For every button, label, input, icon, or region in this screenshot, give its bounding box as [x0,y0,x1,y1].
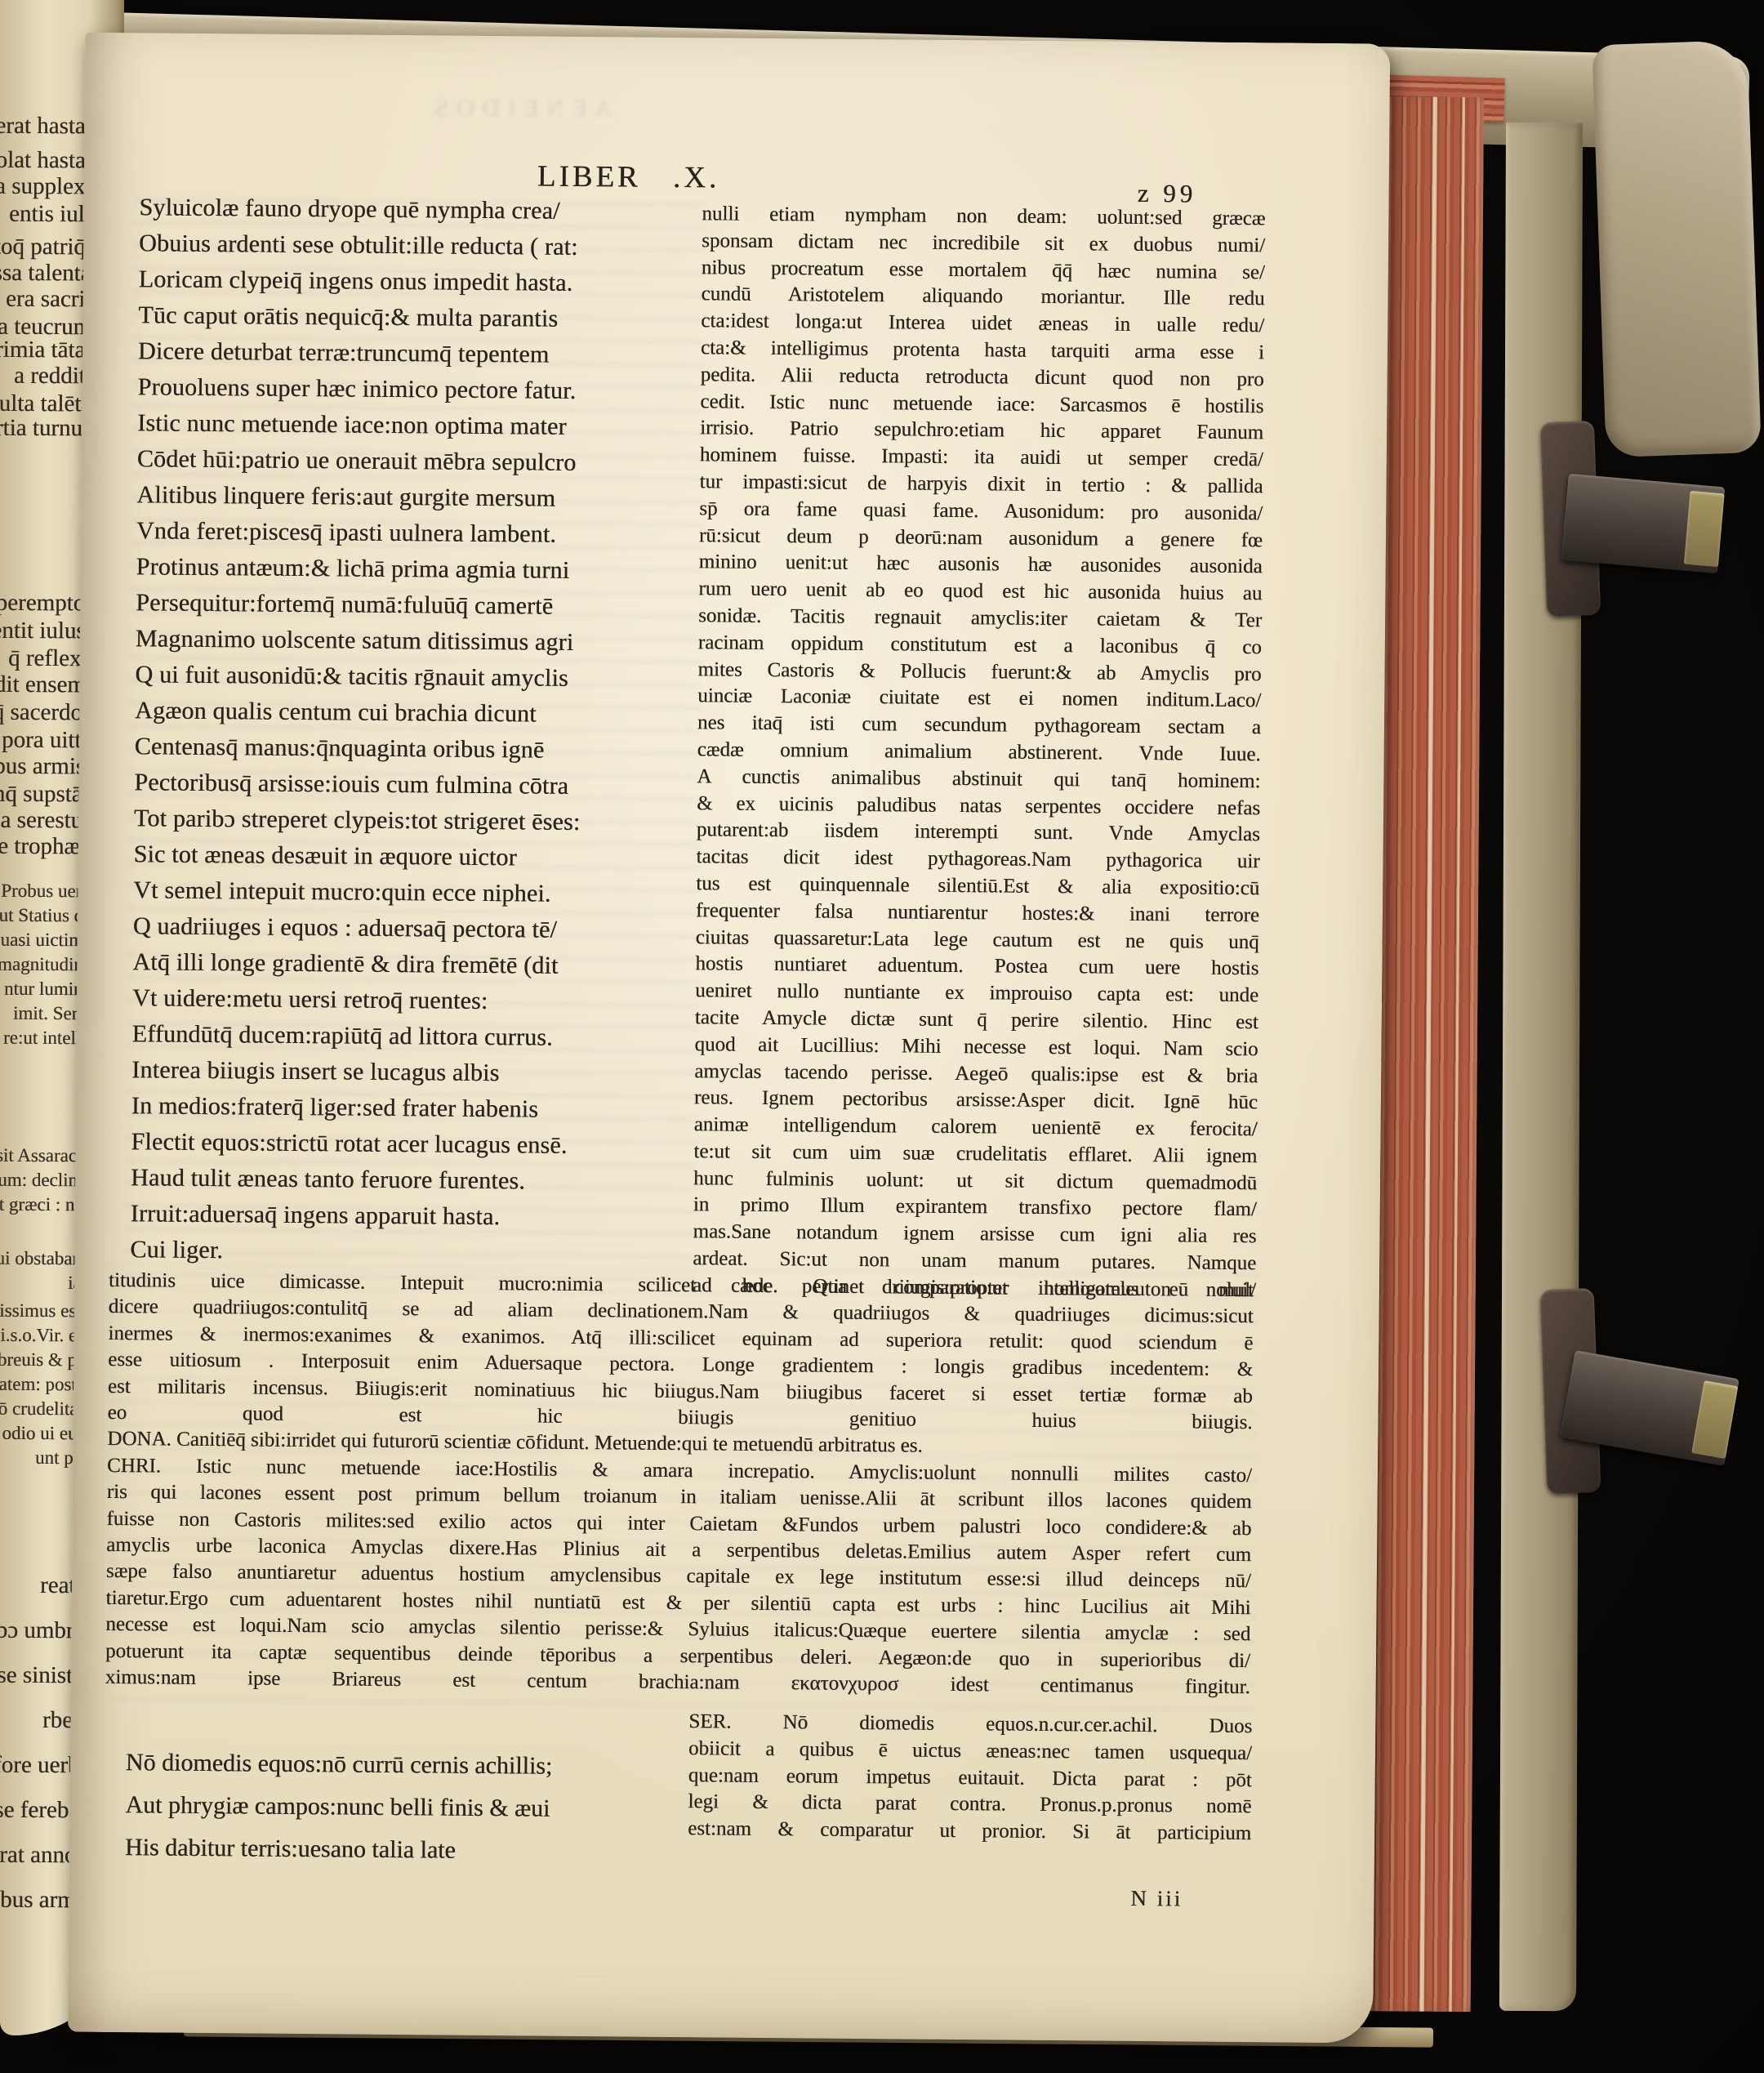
book-page: AENEIDOS LIBER .X. z 99 Syluicolæ fauno … [68,33,1390,2044]
showthrough-running-title: AENEIDOS [428,93,613,123]
margin-text-fragment: ertia turnus [0,415,91,443]
margin-text-fragment: tēderat hasta. [0,113,91,140]
commentary-line: quod ait Lucillius: Mihi necesse est loq… [694,1032,1258,1063]
poem-line: Dicere deturbat terræ:truncumq̄ tepentem [138,333,710,374]
margin-text-fragment: upuolat hasta. [0,147,91,175]
margin-text-fragment: c sentit iulus. [0,617,91,645]
poem-line: Tūc caput orātis nequicq̄:& multa parant… [138,297,710,338]
poem-line: Q ui fuit ausonidū:& tacitis rḡnauit amy… [135,657,706,698]
poem-column: Syluicolæ fauno dryope quē nympha crea/O… [130,189,710,1273]
poem-line: Loricam clypeiq̄ ingens onus impedit has… [139,261,710,302]
poem-line: Cōdet hūi:patrio ue onerauit mēbra sepul… [137,441,709,482]
poem-line: Cui liger. [130,1232,702,1273]
quire-signature: N iii [1130,1886,1183,1912]
commentary-line: sponsam dictam nec incredibile sit ex du… [702,228,1265,260]
poem-line: In medios:fraterq̄ liger:sed frater habe… [131,1088,703,1129]
poem-line: Pectoribusq̄ arsisse:iouis cum fulmina c… [134,765,706,805]
poem-line: Alitibus linquere feris:aut gurgite mers… [136,477,708,518]
book-clasp-lower [1534,1259,1749,1521]
commentary-line: obiicit a quibus ē uictus æneas:nec tame… [688,1736,1252,1768]
poem-line: Haud tulit æneas tanto feruore furentes. [131,1160,702,1201]
full-width-commentary: titudinis uice dimicasse. Intepuit mucro… [105,1268,1254,1701]
margin-text-fragment: abdidit ensem. [0,671,91,699]
margin-text-fragment: pora uitta [2,727,91,755]
poem-line: Syluicolæ fauno dryope quē nympha crea/ [139,189,710,230]
poem-line: Vt semel intepuit mucro:quin ecce niphei… [133,872,705,913]
poem-line: Protinus antæum:& lichā prima agmia turn… [136,549,707,590]
commentary-line: pedita. Alii reducta retroducta dicunt q… [701,362,1264,394]
poem-line: Irruit:aduersaq̄ ingens apparuit hasta. [131,1196,702,1237]
poem-line: His dabitur terris:uesano talia late [125,1826,697,1874]
poem-line: Tot paribɔ streperet clypeis:tot striger… [134,800,706,841]
poem-line: Centenasq̄ manus:q̄nquaginta oribus ignē [135,729,706,769]
chri-paragraph: CHRI. Istic nunc metuende iace:Hostilis … [105,1453,1252,1701]
book-clasp-upper [1534,382,1738,627]
margin-text-fragment: a reddit. [14,363,91,390]
poem-line: Obuius ardenti sese obtulit:ille reducta… [139,225,710,266]
poem-line: Effundūtq̄ ducem:rapiūtq̄ ad littora cur… [131,1016,703,1057]
poem-line: Vnda feret:piscesq̄ ipasti uulnera lambe… [136,513,708,554]
poem-line: Persequitur:fortemq̄ numā:fuluūq̄ camert… [136,585,707,626]
clasp-strap [1561,474,1726,573]
commentary-line: sp̄ ora fame quasi fame. Ausonidum: pro … [699,496,1263,528]
running-title: LIBER .X. [537,158,720,195]
margin-text-fragment: era sacri: [5,286,91,314]
commentary-line: te:ut sit cum uim suæ crudelitatis effla… [693,1139,1257,1170]
poem-line: Aut phrygiæ campos:nunc belli finis & æu… [125,1784,697,1831]
poem-line: Q uadriiuges i equos : aduersaq̄ pectora… [133,908,705,949]
commentary-line: frequenter falsa nuntiarentur hostes:& i… [696,898,1259,930]
margin-text-fragment: atoq̄ patriq̄. [0,234,91,261]
notes-paragraph: titudinis uice dimicasse. Intepuit mucro… [107,1268,1254,1437]
margin-text-fragment: uæ multa talēta [0,390,91,418]
clasp-brass-tip [1684,491,1725,566]
poem-line: Nō diomedis equos:nō currū cernis achill… [126,1741,697,1789]
commentary-line: racinam oppidum constitutum est a laconi… [698,630,1262,662]
book-photograph: { "colors": { "background": "#0b0908", "… [0,0,1764,2073]
margin-text-fragment: nte perempto: [0,590,91,617]
clasp-brass-tip [1691,1380,1738,1460]
margin-text-fragment: defossa talenta [0,260,91,288]
servius-note-block: SER. Nō diomedis equos.n.cur.cer.achil. … [688,1709,1252,1848]
poem-line: Magnanimo uolscente satum ditissimus agr… [136,621,707,662]
margin-text-fragment: ignibus armis: [0,753,91,781]
commentary-line: est:nam & comparatur ut pronior. Si āt p… [688,1816,1251,1848]
poem-line: Prouoluens super hæc inimico pectore fat… [137,369,709,410]
margin-text-fragment: entis iuli [9,201,91,229]
poem-line: Atq̄ illi longe gradientē & dira fremētē… [132,944,704,985]
poem-line: Interea biiugis insert se lucagus albis [131,1052,703,1093]
margin-text-fragment: iuiq̄ sacerdos [0,699,91,727]
poem-line: Sic tot æneas desæuit in æquore uictor [133,836,705,877]
margin-text-fragment: t discrimia tāta. [0,337,91,364]
commentary-column: nulli etiam nympham non deam: uolunt:sed… [693,201,1266,1304]
poem-line: Flectit equos:strictū rotat acer lucagus… [131,1124,702,1165]
poem-line: Agæon qualis centum cui brachia dicunt [135,693,706,733]
commentary-line: A cunctis animalibus abstinuit qui tanq̄… [697,764,1260,796]
margin-text-fragment: alia supplex. [0,173,91,201]
poem-column-bottom: Nō diomedis equos:nō currū cernis achill… [125,1741,697,1874]
poem-line: Vt uidere:metu uersi retroq̄ ruentes: [132,980,704,1021]
poem-line: Istic nunc metuende iace:non optima mate… [137,405,709,446]
